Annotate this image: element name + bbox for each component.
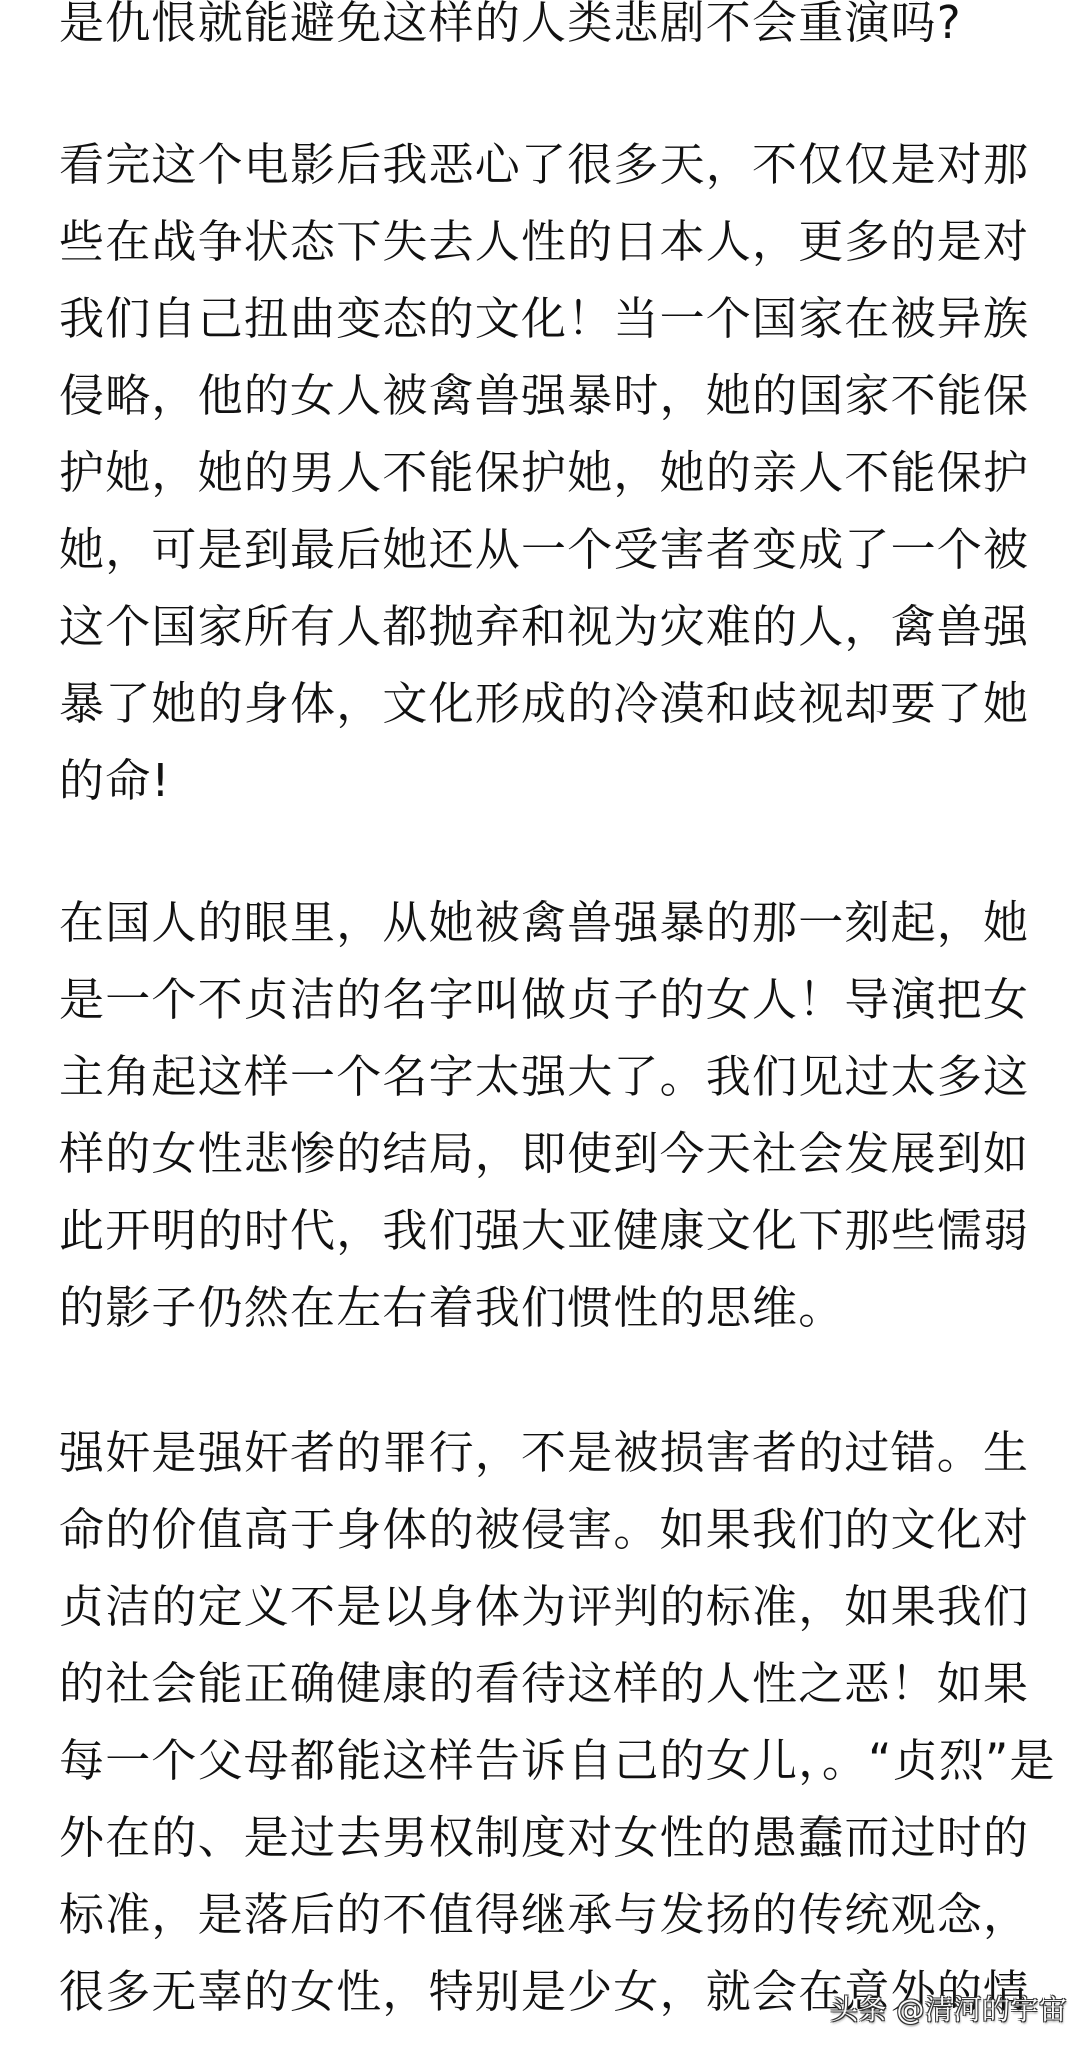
paragraph-2-line-9: 的命! [59, 751, 1039, 811]
paragraph-3-line-6: 的影子仍然在左右着我们惯性的思维。 [59, 1278, 1039, 1338]
paragraph-3-line-1: 在国人的眼里，从她被禽兽强暴的那一刻起，她 [59, 893, 1039, 953]
paragraph-2-line-7: 这个国家所有人都抛弃和视为灾难的人，禽兽强 [59, 597, 1039, 657]
paragraph-3-line-5: 此开明的时代，我们强大亚健康文化下那些懦弱 [59, 1201, 1039, 1261]
source-watermark: 头条 @清河的宇宙 [830, 1990, 1067, 2030]
paragraph-4-line-5: 每一个父母都能这样告诉自己的女儿，。“贞烈”是 [59, 1731, 1039, 1791]
paragraph-4-line-4: 的社会能正确健康的看待这样的人性之恶！如果 [59, 1654, 1039, 1714]
paragraph-2-line-1: 看完这个电影后我恶心了很多天，不仅仅是对那 [59, 135, 1039, 195]
paragraph-1-line-1: 是仇恨就能避免这样的人类悲剧不会重演吗? [59, 0, 1039, 53]
paragraph-2-line-8: 暴了她的身体，文化形成的冷漠和歧视却要了她 [59, 674, 1039, 734]
paragraph-2-line-3: 我们自己扭曲变态的文化！当一个国家在被异族 [59, 289, 1039, 349]
paragraph-3-line-2: 是一个不贞洁的名字叫做贞子的女人！导演把女 [59, 970, 1039, 1030]
paragraph-3-line-3: 主角起这样一个名字太强大了。我们见过太多这 [59, 1047, 1039, 1107]
paragraph-4-line-1: 强奸是强奸者的罪行，不是被损害者的过错。生 [59, 1423, 1039, 1483]
paragraph-2-line-4: 侵略，他的女人被禽兽强暴时，她的国家不能保 [59, 366, 1039, 426]
paragraph-2-line-5: 护她，她的男人不能保护她，她的亲人不能保护 [59, 443, 1039, 503]
paragraph-4-line-2: 命的价值高于身体的被侵害。如果我们的文化对 [59, 1500, 1039, 1560]
paragraph-3-line-4: 样的女性悲惨的结局，即使到今天社会发展到如 [59, 1124, 1039, 1184]
paragraph-4-line-6: 外在的、是过去男权制度对女性的愚蠢而过时的 [59, 1808, 1039, 1868]
paragraph-4-line-7: 标准，是落后的不值得继承与发扬的传统观念， [59, 1885, 1039, 1945]
article-body: 是仇恨就能避免这样的人类悲剧不会重演吗? 看完这个电影后我恶心了很多天，不仅仅是… [0, 0, 1080, 2049]
paragraph-2-line-2: 些在战争状态下失去人性的日本人，更多的是对 [59, 212, 1039, 272]
paragraph-2-line-6: 她，可是到最后她还从一个受害者变成了一个被 [59, 520, 1039, 580]
paragraph-4-line-3: 贞洁的定义不是以身体为评判的标准，如果我们 [59, 1577, 1039, 1637]
